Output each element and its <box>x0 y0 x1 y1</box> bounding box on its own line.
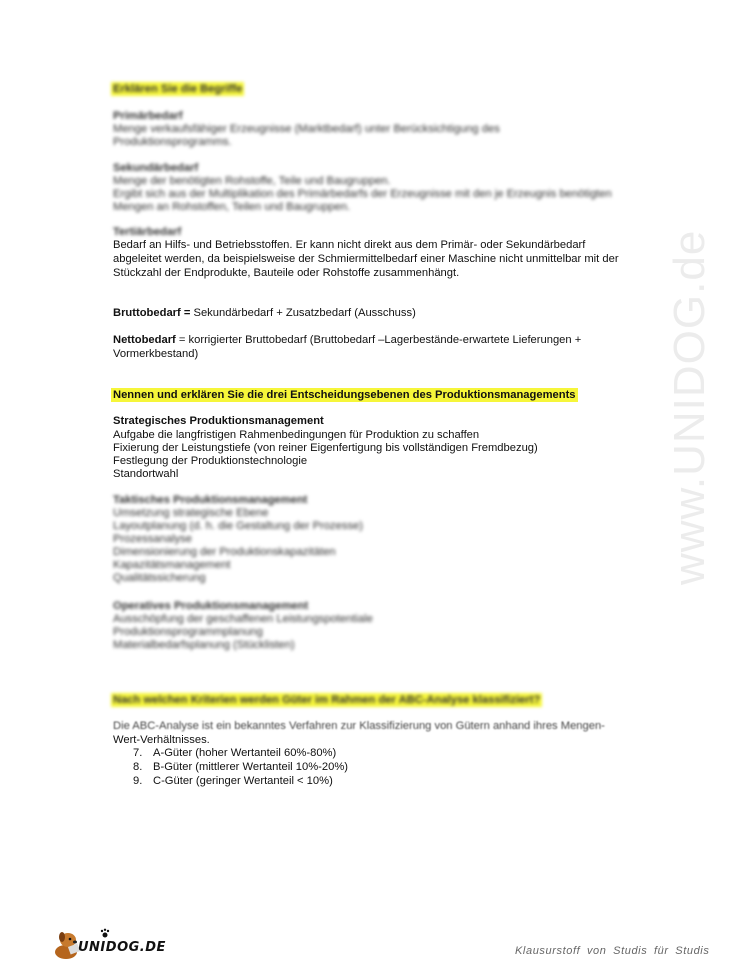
list-number: 7. <box>133 747 153 761</box>
sekundaer-line: Menge der benötigten Rohstoffe, Teile un… <box>113 175 391 189</box>
q2-heading: Nennen und erklären Sie die drei Entsche… <box>113 389 578 403</box>
unidog-logo: UNIDOG.DE <box>52 928 172 960</box>
sekundaer-title: Sekundärbedarf <box>113 162 198 176</box>
sekundaer-line: Mengen an Rohstoffen, Teilen und Baugrup… <box>113 201 350 215</box>
operativ-title: Operatives Produktionsmanagement <box>113 600 308 614</box>
taktisch-line: Prozessanalyse <box>113 533 192 547</box>
primaer-title: Primärbedarf <box>113 110 183 124</box>
taktisch-line: Qualitätssicherung <box>113 572 206 586</box>
footer-tagline: Klausurstoff von Studis für Studis <box>515 945 709 957</box>
list-number: 9. <box>133 775 153 789</box>
nettobedarf-label: Nettobedarf <box>113 334 176 346</box>
strategisch-title: Strategisches Produktionsmanagement <box>113 415 324 429</box>
strategisch-line: Aufgabe die langfristigen Rahmenbedingun… <box>113 429 479 443</box>
strategisch-line: Fixierung der Leistungstiefe (von reiner… <box>113 442 538 456</box>
nettobedarf-text: = korrigierter Bruttobedarf (Bruttobedar… <box>176 334 581 346</box>
list-number: 8. <box>133 761 153 775</box>
tertiaer-line: abgeleitet werden, da beispielsweise der… <box>113 253 619 267</box>
list-item: 7.A-Güter (hoher Wertanteil 60%-80%) <box>133 747 336 761</box>
q3-heading: Nach welchen Kriterien werden Güter im R… <box>113 694 542 708</box>
taktisch-line: Kapazitätsmanagement <box>113 559 231 573</box>
paw-icon <box>100 928 110 938</box>
bruttobedarf-text: Sekundärbedarf + Zusatzbedarf (Ausschuss… <box>190 307 415 319</box>
watermark: www.UNIDOG.de <box>665 385 715 585</box>
tertiaer-line: Bedarf an Hilfs- und Betriebsstoffen. Er… <box>113 239 585 253</box>
abc-intro-line: Wert-Verhältnisses. <box>113 734 210 748</box>
strategisch-line: Festlegung der Produktionstechnologie <box>113 455 307 469</box>
taktisch-title: Taktisches Produktionsmanagement <box>113 494 307 508</box>
list-item: 9.C-Güter (geringer Wertanteil < 10%) <box>133 775 333 789</box>
primaer-line: Produktionsprogramms. <box>113 136 232 150</box>
taktisch-line: Layoutplanung (d. h. die Gestaltung der … <box>113 520 363 534</box>
list-text: C-Güter (geringer Wertanteil < 10%) <box>153 775 333 787</box>
list-text: B-Güter (mittlerer Wertanteil 10%-20%) <box>153 761 348 773</box>
bruttobedarf-formula: Bruttobedarf = Sekundärbedarf + Zusatzbe… <box>113 307 416 321</box>
operativ-line: Materialbedarfsplanung (Stücklisten) <box>113 639 295 653</box>
strategisch-line: Standortwahl <box>113 468 178 482</box>
nettobedarf-formula: Nettobedarf = korrigierter Bruttobedarf … <box>113 334 581 348</box>
list-item: 8.B-Güter (mittlerer Wertanteil 10%-20%) <box>133 761 348 775</box>
taktisch-line: Dimensionierung der Produktionskapazität… <box>113 546 336 560</box>
tertiaer-title: Tertiärbedarf <box>113 226 181 240</box>
document-page: www.UNIDOG.de Erklären Sie die Begriffe … <box>0 0 750 971</box>
taktisch-line: Umsetzung strategische Ebene <box>113 507 268 521</box>
operativ-line: Ausschöpfung der geschaffenen Leistungsp… <box>113 613 373 627</box>
q1-heading: Erklären Sie die Begriffe <box>113 83 244 97</box>
abc-intro-line: Die ABC-Analyse ist ein bekanntes Verfah… <box>113 720 605 734</box>
bruttobedarf-label: Bruttobedarf = <box>113 307 190 319</box>
primaer-line: Menge verkaufsfähiger Erzeugnisse (Markt… <box>113 123 500 137</box>
nettobedarf-text-cont: Vormerkbestand) <box>113 348 198 362</box>
operativ-line: Produktionsprogrammplanung <box>113 626 263 640</box>
list-text: A-Güter (hoher Wertanteil 60%-80%) <box>153 747 336 759</box>
sekundaer-line: Ergibt sich aus der Multiplikation des P… <box>113 188 612 202</box>
tertiaer-line: Stückzahl der Endprodukte, Bauteile oder… <box>113 267 459 281</box>
logo-text: UNIDOG.DE <box>78 940 166 955</box>
